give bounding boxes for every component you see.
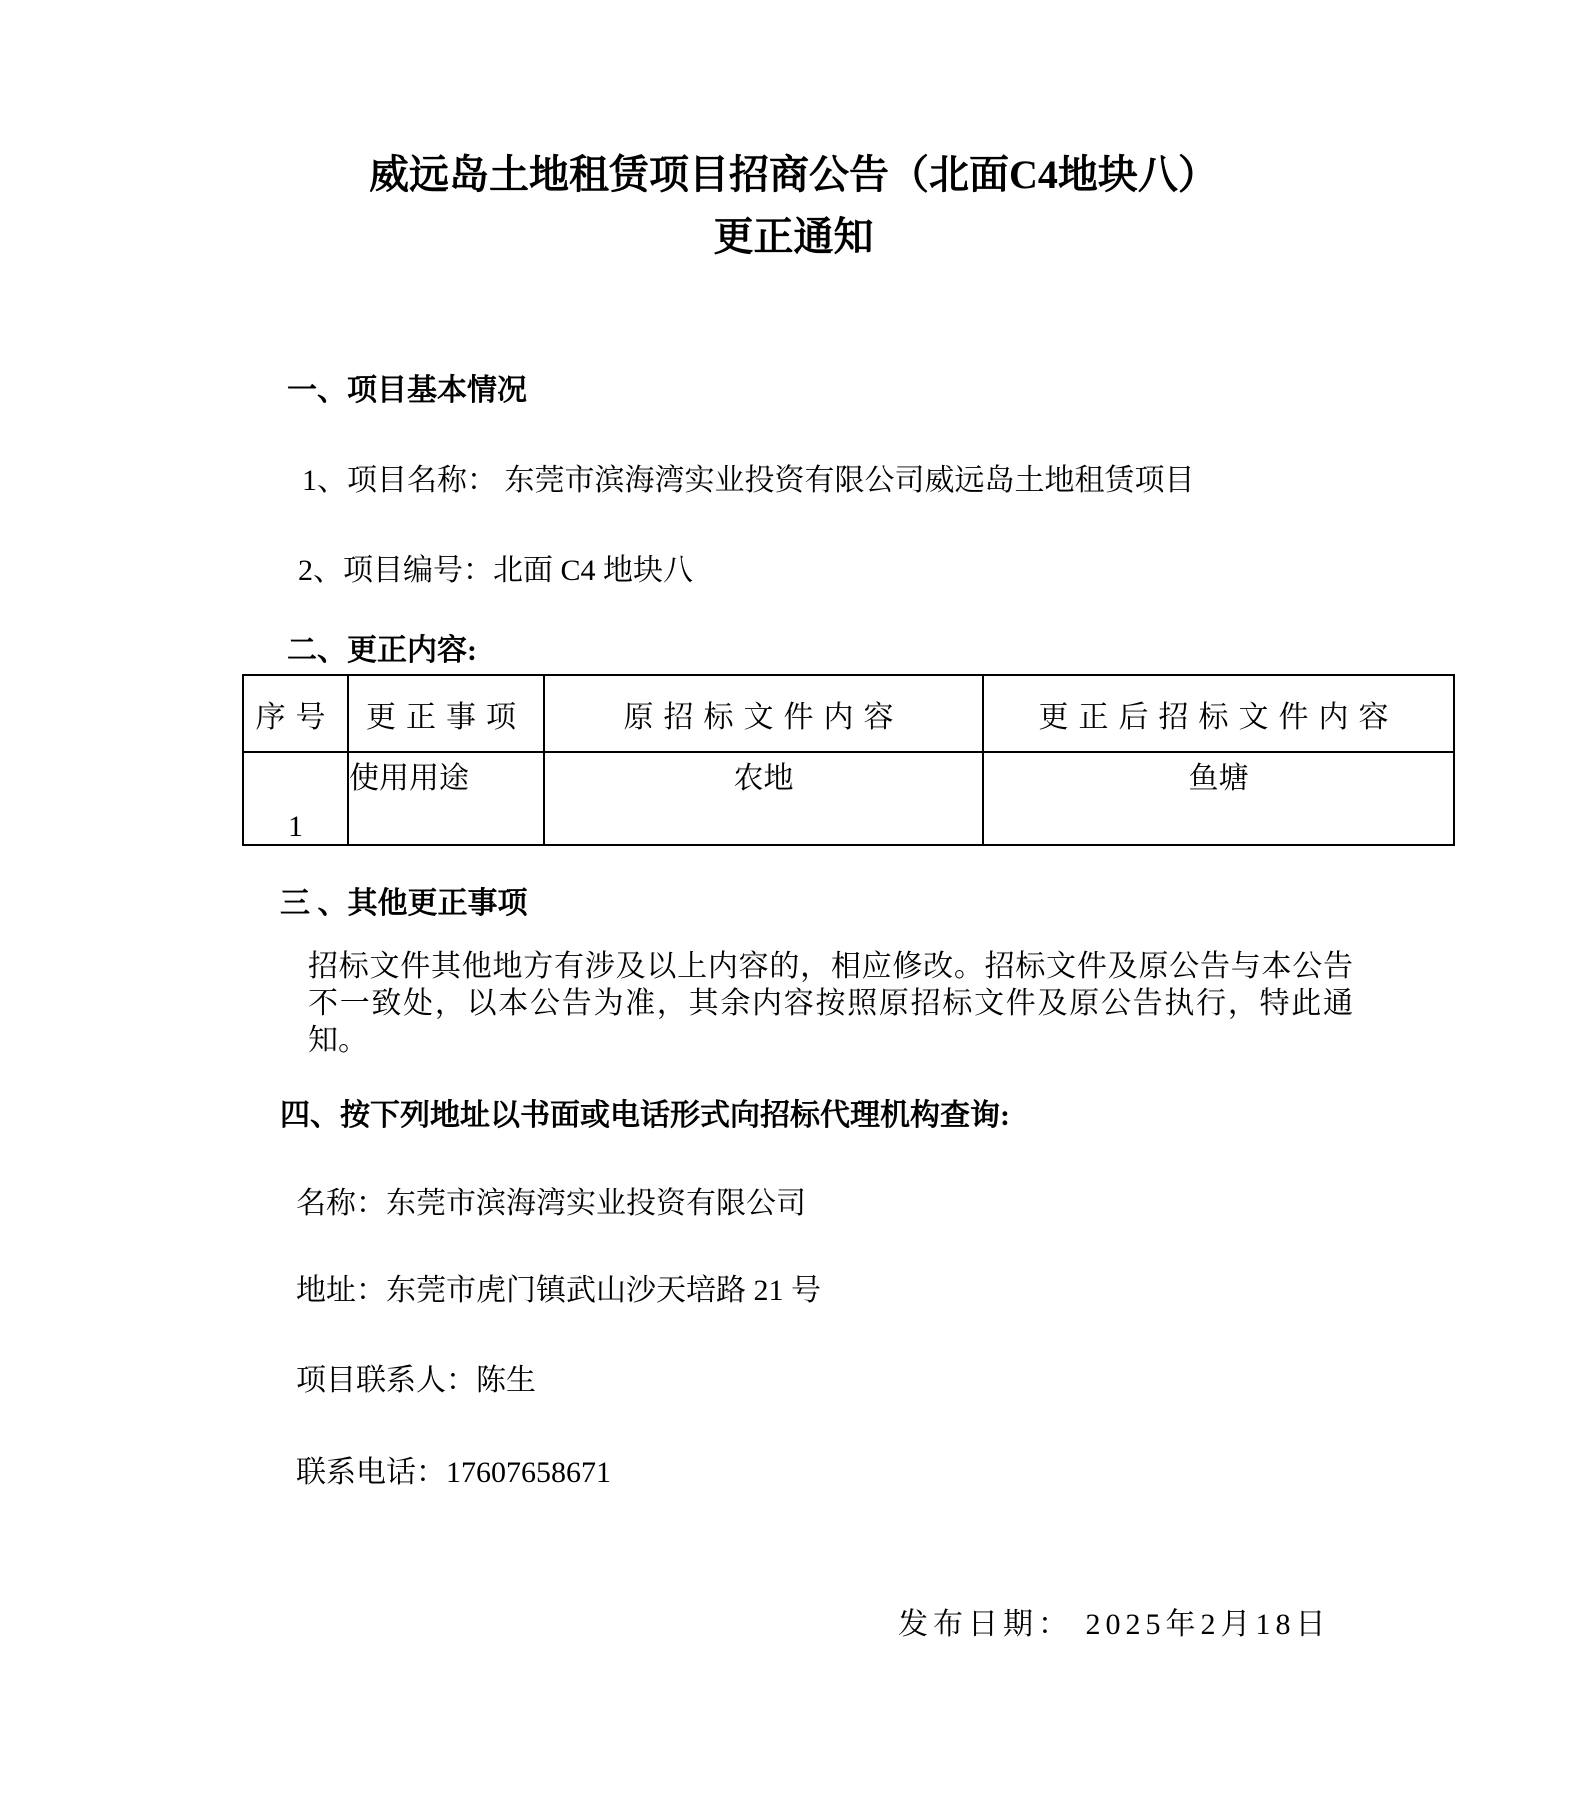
cell-seq-number: 1	[243, 752, 348, 845]
section1-project-number: 2、项目编号：北面 C4 地块八	[298, 554, 693, 588]
col-header-seq: 序号	[243, 675, 348, 752]
contact-phone-line: 联系电话：17607658671	[296, 1456, 611, 1490]
publish-date-line: 发布日期： 2025年2月18日	[898, 1608, 1331, 1642]
cell-correction-item: 使用用途	[348, 752, 544, 845]
section3-heading: 三 、其他更正事项	[280, 887, 528, 921]
correction-table-header-row: 序号 更正事项 原招标文件内容 更正后招标文件内容	[243, 675, 1454, 752]
section2-heading: 二、更正内容:	[287, 634, 477, 668]
contact-person-line: 项目联系人：陈生	[296, 1364, 536, 1398]
table-row: 1 使用用途 农地 鱼塘	[243, 752, 1454, 845]
col-header-corrected: 更正后招标文件内容	[983, 675, 1454, 752]
section4-heading: 四、按下列地址以书面或电话形式向招标代理机构查询:	[280, 1099, 1010, 1133]
cell-corrected-content: 鱼塘	[983, 752, 1454, 845]
agency-address-line: 地址：东莞市虎门镇武山沙天培路 21 号	[296, 1274, 821, 1308]
document-title-line1: 威远岛土地租赁项目招商公告（北面C4地块八）	[0, 152, 1587, 198]
section1-project-name: 1、项目名称： 东莞市滨海湾实业投资有限公司威远岛土地租赁项目	[302, 464, 1195, 498]
document-page: 威远岛土地租赁项目招商公告（北面C4地块八） 更正通知 一、项目基本情况 1、项…	[0, 0, 1587, 1803]
correction-table: 序号 更正事项 原招标文件内容 更正后招标文件内容 1 使用用途 农地 鱼塘	[242, 674, 1455, 846]
agency-name-line: 名称：东莞市滨海湾实业投资有限公司	[296, 1187, 806, 1221]
section1-heading: 一、项目基本情况	[287, 374, 527, 408]
document-title-line2: 更正通知	[0, 214, 1587, 260]
col-header-original: 原招标文件内容	[544, 675, 983, 752]
section3-paragraph: 招标文件其他地方有涉及以上内容的，相应修改。招标文件及原公告与本公告不一致处，以…	[308, 948, 1353, 1059]
cell-original-content: 农地	[544, 752, 983, 845]
col-header-item: 更正事项	[348, 675, 544, 752]
